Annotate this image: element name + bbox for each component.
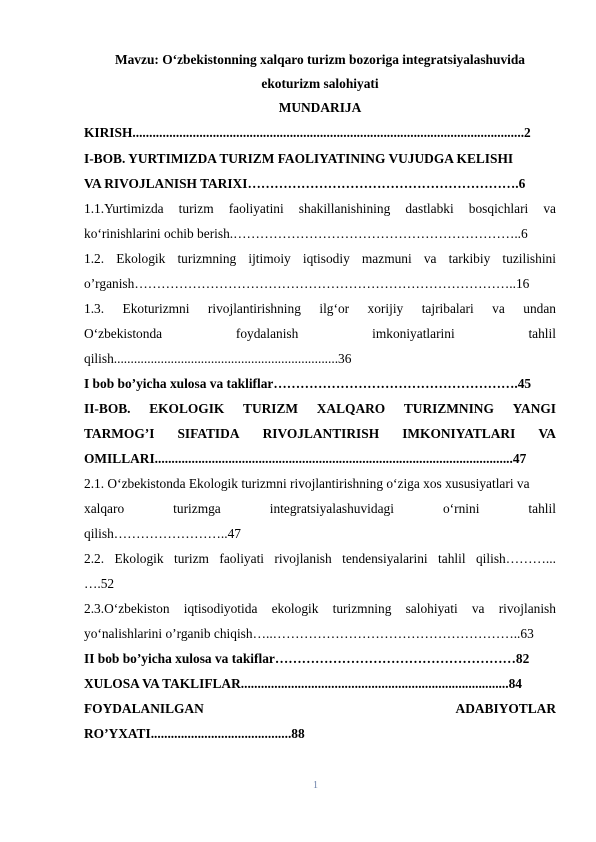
toc-word: rivojlanish: [274, 551, 331, 567]
toc-word: integratsiyalashuvidagi: [270, 501, 394, 517]
toc-word: imkoniyatlarini: [372, 326, 455, 342]
toc-word: turizmga: [173, 501, 221, 517]
toc-word: 1.2.: [84, 251, 104, 267]
toc-word: turizm: [179, 201, 214, 217]
toc-word: o‘rnini: [443, 501, 479, 517]
toc-section-1-2-line1: 1.2.Ekologikturizmningijtimoiyiqtisodiym…: [84, 251, 556, 267]
toc-word: TARMOG’I: [84, 426, 154, 442]
toc-entry-references-line2: RO’YXATI................................…: [84, 726, 556, 742]
toc-word: turizmning: [333, 601, 392, 617]
toc-section-1-1-line1: 1.1.Yurtimizdaturizmfaoliyatinishakillan…: [84, 201, 556, 217]
toc-word: tajribalari: [422, 301, 474, 317]
toc-word: SIFATIDA: [177, 426, 239, 442]
toc-entry-kirish: KIRISH..................................…: [84, 125, 556, 141]
toc-word: iqtisodiy: [303, 251, 350, 267]
toc-word: EKOLOGIK: [149, 401, 224, 417]
toc-word: O‘zbekistonda: [84, 326, 162, 342]
toc-section-2-3-line1: 2.3.O‘zbekistoniqtisodiyotidaekologiktur…: [84, 601, 556, 617]
toc-word: ekologik: [272, 601, 319, 617]
toc-word: VA: [538, 426, 556, 442]
toc-word: rivojlanish: [499, 601, 556, 617]
toc-word: YANGI: [513, 401, 556, 417]
document-page: Mavzu: O‘zbekistonning xalqaro turizm bo…: [0, 0, 596, 842]
topic-title-line1: Mavzu: O‘zbekistonning xalqaro turizm bo…: [84, 52, 556, 68]
toc-entry-conclusions: XULOSA VA TAKLIFLAR.....................…: [84, 676, 556, 692]
toc-word: FOYDALANILGAN: [84, 701, 204, 717]
toc-word: Ekoturizmni: [123, 301, 190, 317]
toc-word: 1.1.Yurtimizda: [84, 201, 164, 217]
toc-word: tahlil: [528, 326, 556, 342]
toc-word: XALQARO: [317, 401, 385, 417]
toc-word: undan: [523, 301, 556, 317]
toc-heading: MUNDARIJA: [84, 100, 556, 116]
toc-word: foydalanish: [236, 326, 298, 342]
toc-word: Ekologik: [115, 551, 164, 567]
toc-word: tahlil: [528, 501, 556, 517]
toc-word: salohiyati: [406, 601, 458, 617]
toc-word: iqtisodiyotida: [184, 601, 258, 617]
toc-word: IMKONIYATLARI: [402, 426, 515, 442]
toc-word: turizm: [174, 551, 209, 567]
page-number: 1: [313, 780, 318, 791]
toc-word: tarkibiy: [449, 251, 491, 267]
toc-word: ADABIYOTLAR: [456, 701, 556, 717]
toc-chapter2-line2: TARMOG’ISIFATIDARIVOJLANTIRISHIMKONIYATL…: [84, 426, 556, 442]
toc-word: ijtimoiy: [248, 251, 290, 267]
toc-word: 2.3.O‘zbekiston: [84, 601, 170, 617]
toc-word: va: [424, 251, 437, 267]
toc-section-1-3-line1: 1.3.Ekoturizmnirivojlantirishningilg‘orx…: [84, 301, 556, 317]
toc-word: faoliyatini: [229, 201, 284, 217]
toc-entry-references-line1: FOYDALANILGANADABIYOTLAR: [84, 701, 556, 717]
toc-chapter1-line1: I-BOB. YURTIMIZDA TURIZM FAOLIYATINING V…: [84, 151, 556, 167]
toc-section-2-2-line2: ….52: [84, 576, 556, 592]
toc-word: RIVOJLANTIRISH: [263, 426, 380, 442]
toc-word: 2.2.: [84, 551, 104, 567]
toc-word: TURIZM: [243, 401, 298, 417]
toc-word: turizmning: [177, 251, 236, 267]
toc-section-1-2-line2: o’rganish…………………………………………………………………………..1…: [84, 276, 556, 292]
toc-chapter2-line3: OMILLARI................................…: [84, 451, 556, 467]
toc-word: tahlil: [438, 551, 466, 567]
toc-section-1-3-line3: qilish..................................…: [84, 351, 556, 367]
topic-title-line2: ekoturizm salohiyati: [84, 76, 556, 92]
toc-word: II-BOB.: [84, 401, 131, 417]
toc-word: xorijiy: [368, 301, 404, 317]
toc-section-2-2-line1: 2.2.Ekologikturizmfaoliyatirivojlanishte…: [84, 551, 556, 567]
toc-word: mazmuni: [362, 251, 412, 267]
toc-word: va: [492, 301, 505, 317]
toc-word: xalqaro: [84, 501, 124, 517]
toc-section-2-1-line1: 2.1. O‘zbekistonda Ekologik turizmni riv…: [84, 476, 556, 492]
toc-section-2-1-line3: qilish……………………..47: [84, 526, 556, 542]
toc-section-1-3-line2: O‘zbekistondafoydalanishimkoniyatlarinit…: [84, 326, 556, 342]
toc-word: qilish………...: [476, 551, 556, 567]
toc-word: va: [472, 601, 485, 617]
toc-section-2-1-line2: xalqaroturizmgaintegratsiyalashuvidagio‘…: [84, 501, 556, 517]
toc-section-2-3-line2: yo‘nalishlarini o’rganib chiqish…..………………: [84, 626, 556, 642]
toc-word: faoliyati: [219, 551, 264, 567]
toc-section-1-1-line2: ko‘rinishlarini ochib berish.………………………………: [84, 226, 556, 242]
toc-chapter1-line2: VA RIVOJLANISH TARIXI……………………………………………………: [84, 176, 556, 192]
toc-word: tuzilishini: [502, 251, 556, 267]
toc-chapter2-conclusion: II bob bo’yicha xulosa va takiflar…………………: [84, 651, 556, 667]
toc-word: Ekologik: [116, 251, 165, 267]
toc-word: ilg‘or: [319, 301, 349, 317]
toc-word: 1.3.: [84, 301, 104, 317]
toc-word: dastlabki: [405, 201, 453, 217]
toc-word: va: [543, 201, 556, 217]
toc-word: tendensiyalarini: [342, 551, 428, 567]
toc-chapter2-line1: II-BOB.EKOLOGIKTURIZMXALQAROTURIZMNINGYA…: [84, 401, 556, 417]
toc-word: rivojlantirishning: [208, 301, 301, 317]
toc-chapter1-conclusion: I bob bo’yicha xulosa va takliflar…………………: [84, 376, 556, 392]
toc-word: TURIZMNING: [404, 401, 494, 417]
toc-word: shakillanishining: [299, 201, 391, 217]
toc-word: bosqichlari: [469, 201, 529, 217]
